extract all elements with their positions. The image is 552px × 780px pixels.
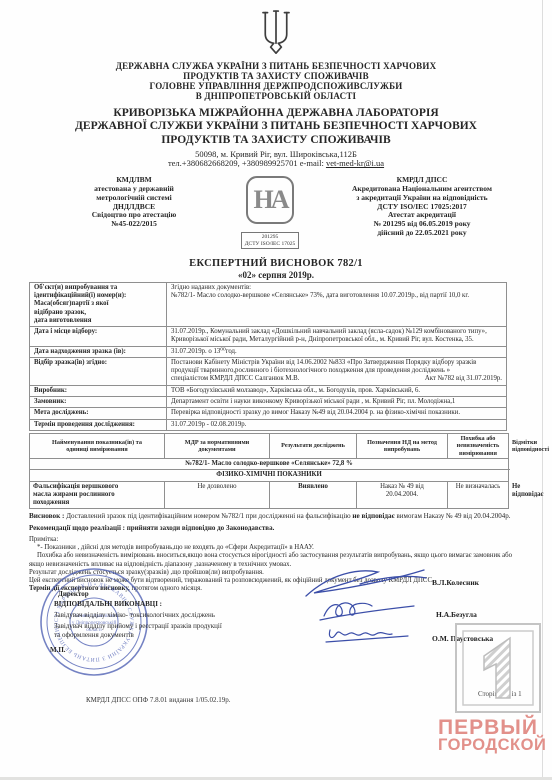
- watermark-line2: ГОРОДСКОЙ: [438, 738, 552, 754]
- ukraine-trident-icon: [253, 8, 299, 54]
- info-label-cell: Виробник:: [30, 385, 167, 396]
- sampling-specialist: спеціалістом КМРДЛ ДПСС Салганюк М.В.: [171, 375, 299, 383]
- info-label-cell: Мета досліджень:: [30, 408, 167, 419]
- table-row: Об'єкт(и) випробування та ідентифікаційн…: [30, 282, 507, 326]
- accreditation-block: КМРДЛ ДПСС Акредитована Національним аге…: [322, 176, 522, 238]
- column-header: Найменування показника(ів) та одиниці ви…: [30, 433, 165, 458]
- mdr-cell: Не дозволено: [165, 481, 270, 508]
- agency-line: ГОЛОВНЕ УПРАВЛІННЯ ДЕРЖПРОДСПОЖИВСЛУЖБИ: [0, 81, 552, 91]
- accreditation-badge: НА 201295 ДСТУ ISO/IEC 17025: [235, 176, 305, 250]
- executor-signature-icon: [322, 622, 418, 646]
- lab-title-line: ПРОДУКТІВ ТА ЗАХИСТУ СПОЖИВАЧІВ: [0, 134, 552, 147]
- conclusion-label: Висновок :: [29, 512, 64, 520]
- document-content: ДЕРЖАВНА СЛУЖБА УКРАЇНИ З ПИТАНЬ БЕЗПЕЧН…: [0, 8, 552, 594]
- agency-line: В ДНІПРОПЕТРОВСЬКІЙ ОБЛАСТІ: [0, 91, 552, 101]
- result-data-row: Фальсифікація вершкового масла жирами ро…: [30, 481, 509, 508]
- form-reference: КМРДЛ ДПСС ОПФ 7.8.01 видання 1/05.02.19…: [86, 696, 230, 704]
- executor-signature-icon: [318, 598, 418, 624]
- lab-title-line: ДЕРЖАВНОЇ СЛУЖБИ УКРАЇНИ З ПИТАНЬ БЕЗПЕЧ…: [0, 120, 552, 133]
- responsible-executors-title: ВІДПОВІДАЛЬНІ ВИКОНАВЦІ :: [54, 600, 162, 609]
- info-label-cell: Відбір зразка(ів) згідно:: [30, 357, 167, 385]
- info-value-cell: Департамент освіти і науки виконкому Кри…: [167, 397, 507, 408]
- sampling-act-line: спеціалістом КМРДЛ ДПСС Салганюк М.В. Ак…: [171, 375, 502, 383]
- sample-title: №782/1- Масло солодко-вершкове «Селянськ…: [30, 459, 509, 470]
- number-one-icon: [454, 622, 542, 714]
- info-value-cell: 31.07.2019р., Комунальний заклад «Дошкіл…: [167, 327, 507, 347]
- accreditation-number-box: 201295 ДСТУ ISO/IEC 17025: [241, 232, 299, 249]
- column-header: Результати досліджень: [270, 433, 357, 458]
- recommendation-line: Рекомендації щодо реалізації : прийняти …: [29, 524, 523, 533]
- info-value-cell: ТОВ «Богодухівський молзавод», Харківськ…: [167, 385, 507, 396]
- info-label-cell: Дата надходження зразка (ів):: [30, 346, 167, 357]
- sampling-basis-text: Постанови Кабінету Міністрів України від…: [171, 359, 502, 376]
- stamp-place-label: М.П.: [50, 646, 66, 655]
- signer-name: Н.А.Безугла: [436, 610, 477, 619]
- naau-logo-icon: НА: [246, 176, 294, 224]
- address-block: 50098, м. Кривий Ріг, вул. Широківська,1…: [0, 150, 552, 170]
- certification-row: КМДЛВМ атестована у державній метрологіч…: [28, 176, 524, 250]
- section-title-row: ФІЗИКО-ХІМІЧНІ ПОКАЗНИКИ: [30, 470, 509, 481]
- phone-numbers: тел.+380682668209, +380989925701 e-mail:: [168, 158, 326, 168]
- sample-info-table: Об'єкт(и) випробування та ідентифікаційн…: [29, 282, 507, 431]
- email-link: vet-med-kr@i.ua: [326, 158, 384, 168]
- sampling-act-ref: Акт №782 від 31.07.2019р.: [425, 375, 502, 383]
- table-row: Дата і місце відбору: 31.07.2019р., Кому…: [30, 327, 507, 347]
- watermark-line1: ПЕРВЫЙ: [438, 718, 552, 738]
- attestation-block: КМДЛВМ атестована у державній метрологіч…: [50, 176, 218, 229]
- coat-of-arms: [0, 8, 552, 59]
- column-header: МДР за нормативними документами: [165, 433, 270, 458]
- document-title: ЕКСПЕРТНИЙ ВИСНОВОК 782/1: [0, 258, 552, 269]
- table-row: Замовник: Департамент освіти і науки вик…: [30, 397, 507, 408]
- section-title: ФІЗИКО-ХІМІЧНІ ПОКАЗНИКИ: [30, 470, 509, 481]
- column-header: Позначення НД на метод випробувань: [357, 433, 448, 458]
- agency-header: ДЕРЖАВНА СЛУЖБА УКРАЇНИ З ПИТАНЬ БЕЗПЕЧН…: [0, 61, 552, 102]
- accreditation-number: 201295: [245, 234, 295, 241]
- table-row: Виробник: ТОВ «Богодухівський молзавод»,…: [30, 385, 507, 396]
- info-label-cell: Об'єкт(и) випробування та ідентифікаційн…: [30, 282, 167, 326]
- info-value-cell: 31.07.2019р. о 13⁰⁰год.: [167, 346, 507, 357]
- conclusion-text-before: Доставлений зразок під ідентифікаційним …: [64, 512, 352, 520]
- nd-method-cell: Наказ № 49 від 20.04.2004.: [357, 481, 448, 508]
- laboratory-title: КРИВОРІЗЬКА МІЖРАЙОННА ДЕРЖАВНА ЛАБОРАТО…: [0, 107, 552, 147]
- director-label: Директор: [58, 590, 89, 599]
- results-table: Найменування показника(ів) та одиниці ви…: [29, 433, 509, 509]
- indicator-cell: Фальсифікація вершкового масла жирами ро…: [30, 481, 165, 508]
- uncertainty-cell: Не визначалась: [448, 481, 509, 508]
- scanned-document-page: ДЕРЖАВНА СЛУЖБА УКРАЇНИ З ПИТАНЬ БЕЗПЕЧН…: [0, 0, 552, 780]
- conclusion-text-after: вимогам Наказу № 49 від 20.04.2004р.: [395, 512, 511, 520]
- table-row: Відбір зразка(ів) згідно: Постанови Кабі…: [30, 357, 507, 385]
- table-row: Термін проведення дослідження: 31.07.201…: [30, 419, 507, 430]
- info-label-cell: Термін проведення дослідження:: [30, 419, 167, 430]
- signer-name: В.Л.Колесник: [432, 578, 479, 587]
- watermark-text: ПЕРВЫЙ ГОРОДСКОЙ: [438, 718, 552, 754]
- executor-role: Завідувач відділу хіміко- токсикологічни…: [54, 611, 304, 620]
- accreditation-standard: ДСТУ ISO/IEC 17025: [245, 241, 295, 248]
- conclusion-verdict: не відповідає: [352, 512, 394, 520]
- table-row: Дата надходження зразка (ів): 31.07.2019…: [30, 346, 507, 357]
- table-row: Мета досліджень: Перевірка відповідності…: [30, 408, 507, 419]
- document-date: «02» серпня 2019р.: [0, 270, 552, 280]
- result-cell: Виявлено: [270, 481, 357, 508]
- column-header: Похибка або невизначеність вимірювання: [448, 433, 509, 458]
- results-header-row: Найменування показника(ів) та одиниці ви…: [30, 433, 509, 458]
- info-value-cell: Постанови Кабінету Міністрів України від…: [167, 357, 507, 385]
- conclusion-paragraph: Висновок : Доставлений зразок під іденти…: [29, 512, 523, 521]
- notes-title: Примітка:: [29, 536, 523, 544]
- info-value-cell: 31.07.2019р - 02.08.2019р.: [167, 419, 507, 430]
- executor-role: Завідувач відділу прийому і реєстрації з…: [54, 622, 314, 640]
- agency-line: ДЕРЖАВНА СЛУЖБА УКРАЇНИ З ПИТАНЬ БЕЗПЕЧН…: [0, 61, 552, 71]
- info-label-cell: Замовник:: [30, 397, 167, 408]
- note-line: *- Показники , дійсні для методів випроб…: [29, 544, 523, 552]
- contacts-line: тел.+380682668209, +380989925701 e-mail:…: [0, 159, 552, 169]
- lab-title-line: КРИВОРІЗЬКА МІЖРАЙОННА ДЕРЖАВНА ЛАБОРАТО…: [0, 107, 552, 120]
- info-value-cell: Перевірка відповідності зразку до вимог …: [167, 408, 507, 419]
- info-label-cell: Дата і місце відбору:: [30, 327, 167, 347]
- agency-line: ПРОДУКТІВ ТА ЗАХИСТУ СПОЖИВАЧІВ: [0, 71, 552, 81]
- info-value-cell: Згідно наданих документів: №782/1- Масло…: [167, 282, 507, 326]
- sample-title-row: №782/1- Масло солодко-вершкове «Селянськ…: [30, 459, 509, 470]
